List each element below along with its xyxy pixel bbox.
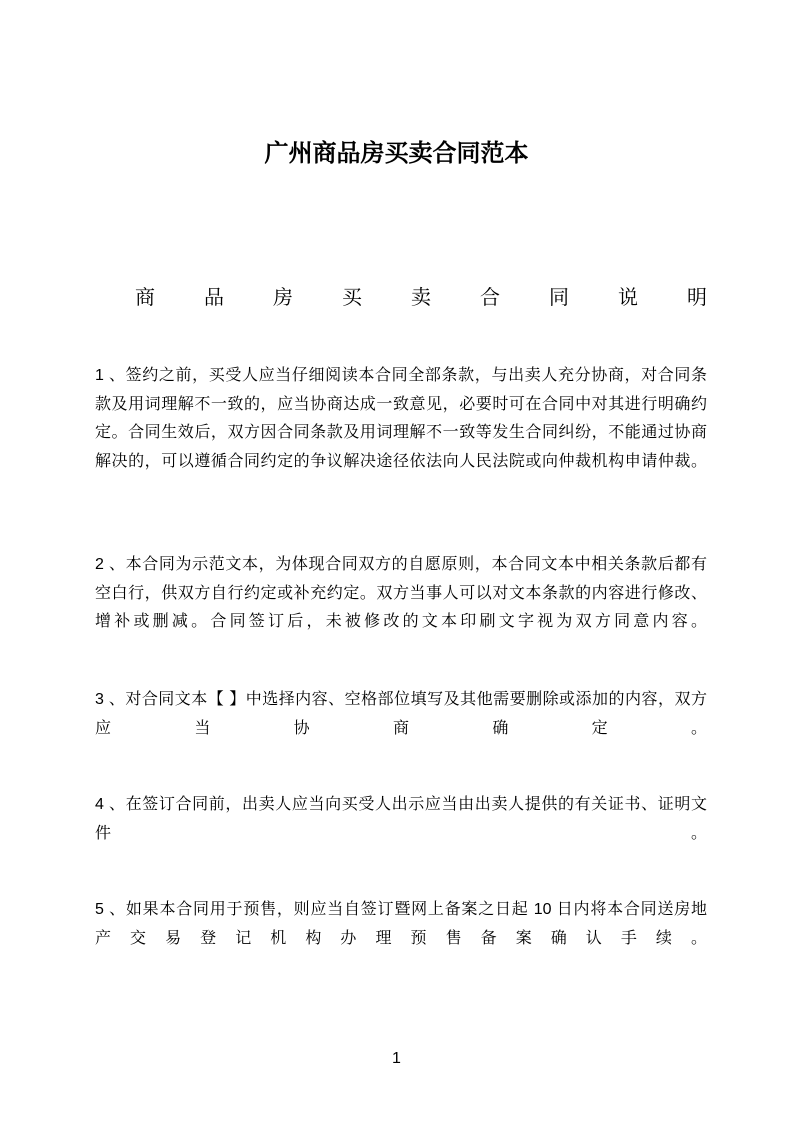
paragraph-line: 3 、对合同文本【 】中选择内容、空格部位填写及其他需要删除或添加的内容，双方 [95,686,707,715]
page-number: 1 [0,1048,793,1070]
paragraph-line: 产交易登记机构办理预售备案确认手续。 [95,925,707,954]
document-page: 广州商品房买卖合同范本 商品房买卖合同说明 1 、签约之前，买受人应当仔细阅读本… [0,0,793,1122]
paragraph-4: 4 、在签订合同前，出卖人应当向买受人出示应当由出卖人提供的有关证书、证明文 件… [95,791,707,848]
paragraph-1: 1 、签约之前，买受人应当仔细阅读本合同全部条款，与出卖人充分协商，对合同条 款… [95,362,707,476]
section-heading: 商品房买卖合同说明 [95,283,707,313]
paragraph-3: 3 、对合同文本【 】中选择内容、空格部位填写及其他需要删除或添加的内容，双方 … [95,686,707,743]
paragraph-2: 2 、本合同为示范文本，为体现合同双方的自愿原则，本合同文本中相关条款后都有 空… [95,551,707,637]
paragraph-line: 定。合同生效后，双方因合同条款及用词理解不一致等发生合同纠纷，不能通过协商 [95,419,707,448]
paragraph-5: 5 、如果本合同用于预售，则应当自签订暨网上备案之日起 10 日内将本合同送房地… [95,896,707,953]
paragraph-line: 空白行，供双方自行约定或补充约定。双方当事人可以对文本条款的内容进行修改、 [95,580,707,609]
paragraph-line: 2 、本合同为示范文本，为体现合同双方的自愿原则，本合同文本中相关条款后都有 [95,551,707,580]
paragraph-line: 4 、在签订合同前，出卖人应当向买受人出示应当由出卖人提供的有关证书、证明文 [95,791,707,820]
paragraph-line: 解决的，可以遵循合同约定的争议解决途径依法向人民法院或向仲裁机构申请仲裁。 [95,448,707,477]
paragraph-line: 1 、签约之前，买受人应当仔细阅读本合同全部条款，与出卖人充分协商，对合同条 [95,362,707,391]
paragraph-line: 款及用词理解不一致的，应当协商达成一致意见，必要时可在合同中对其进行明确约 [95,391,707,420]
paragraph-line: 5 、如果本合同用于预售，则应当自签订暨网上备案之日起 10 日内将本合同送房地 [95,896,707,925]
paragraph-line: 件。 [95,820,707,849]
paragraph-line: 应当协商确定。 [95,715,707,744]
document-title: 广州商品房买卖合同范本 [0,137,793,171]
paragraph-line: 增补或删减。合同签订后，未被修改的文本印刷文字视为双方同意内容。 [95,608,707,637]
